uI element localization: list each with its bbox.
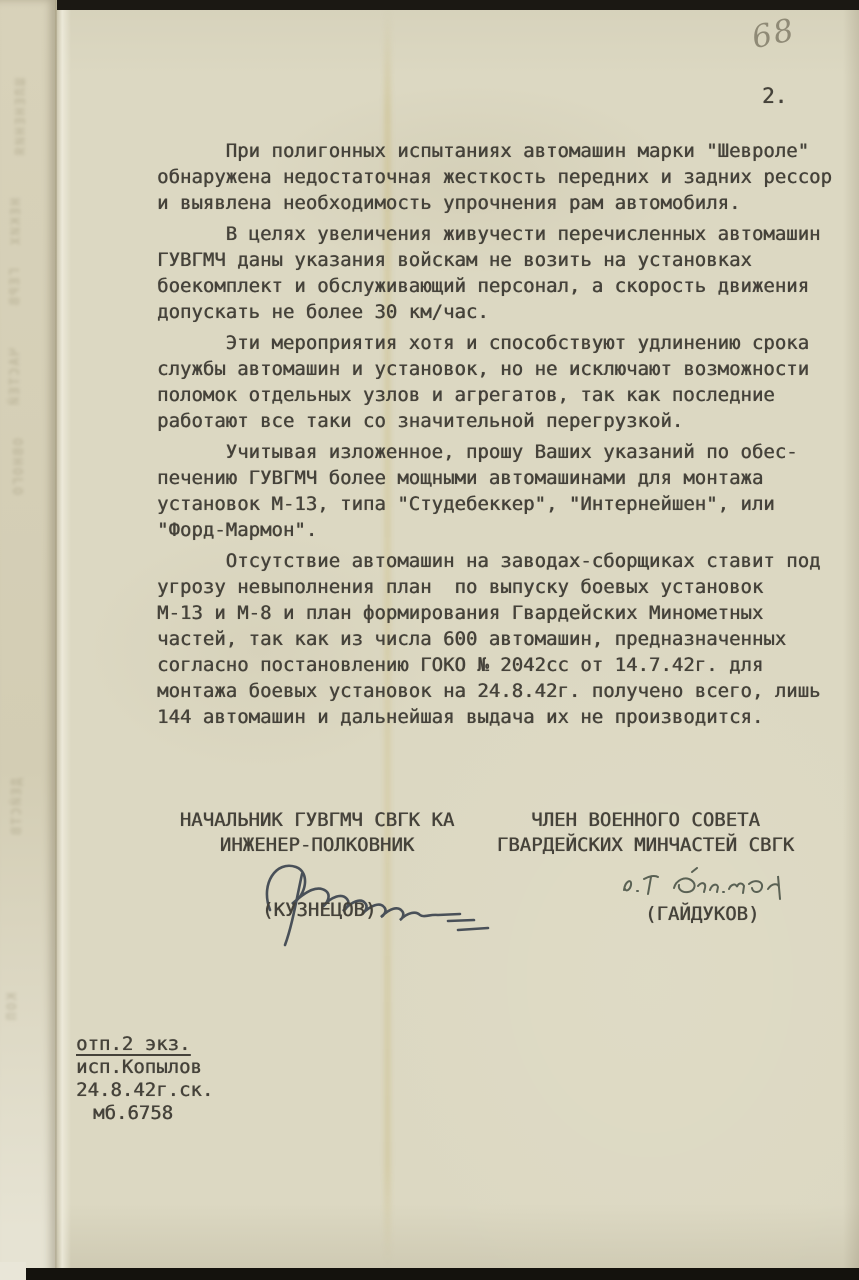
scan-corner-paper [0, 1262, 26, 1280]
scanned-document-page: ШЛЕНЕНИЯ НЕКИХ ГЕРВ ЧАСТЕЙ ОВНОГО ДЕЙСТВ… [0, 0, 859, 1280]
scan-border-top [57, 0, 859, 10]
bleedthrough-fragment: ШЛЕНЕНИЯ [14, 78, 29, 157]
date-note: 24.8.42г.ск. [76, 1079, 213, 1102]
scan-border-bottom [22, 1268, 859, 1280]
executor-note: исп.Копылов [76, 1056, 213, 1079]
bleedthrough-fragment: ЧАСТЕЙ [8, 348, 23, 407]
signatory-title-right: ЧЛЕН ВОЕННОГО СОВЕТА ГВАРДЕЙСКИХ МИНЧАСТ… [488, 808, 803, 858]
document-body: При полигонных испытаниях автомашин марк… [157, 138, 857, 735]
typed-page-number: 2. [762, 84, 787, 108]
signatory-name-right: (ГАЙДУКОВ) [645, 903, 759, 925]
paragraph-3: Эти мероприятия хотя и способствуют удли… [157, 330, 857, 434]
code-note: мб.6758 [76, 1102, 213, 1125]
bleedthrough-fragment: ОВНОГО [12, 438, 27, 497]
bleedthrough-fragment: КОП [5, 993, 20, 1022]
copies-note: отп.2 экз. [76, 1033, 213, 1056]
bleedthrough-fragment: ГЕРВ [8, 268, 23, 307]
paragraph-1: При полигонных испытаниях автомашин марк… [157, 138, 857, 216]
page-edge-highlight [55, 0, 71, 1280]
paragraph-2: В целях увеличения живучести перечисленн… [157, 221, 857, 325]
bleedthrough-text: ШЛЕНЕНИЯ НЕКИХ ГЕРВ ЧАСТЕЙ ОВНОГО ДЕЙСТВ… [0, 40, 57, 1090]
signatory-name-left: (КУЗНЕЦОВ) [262, 899, 376, 921]
signatory-title-left: НАЧАЛЬНИК ГУВГМЧ СВГК КА ИНЖЕНЕР-ПОЛКОВН… [167, 808, 467, 858]
bleedthrough-fragment: ДЕЙСТВ [10, 778, 25, 837]
typist-notes: отп.2 экз. исп.Копылов 24.8.42г.ск. мб.6… [76, 1033, 213, 1125]
bleedthrough-fragment: НЕКИХ [9, 198, 24, 247]
handwritten-folio-number: 68 [749, 12, 799, 56]
paragraph-5: Отсутствие автомашин на заводах-сборщика… [157, 548, 857, 730]
paragraph-4: Учитывая изложенное, прошу Ваших указани… [157, 439, 857, 543]
